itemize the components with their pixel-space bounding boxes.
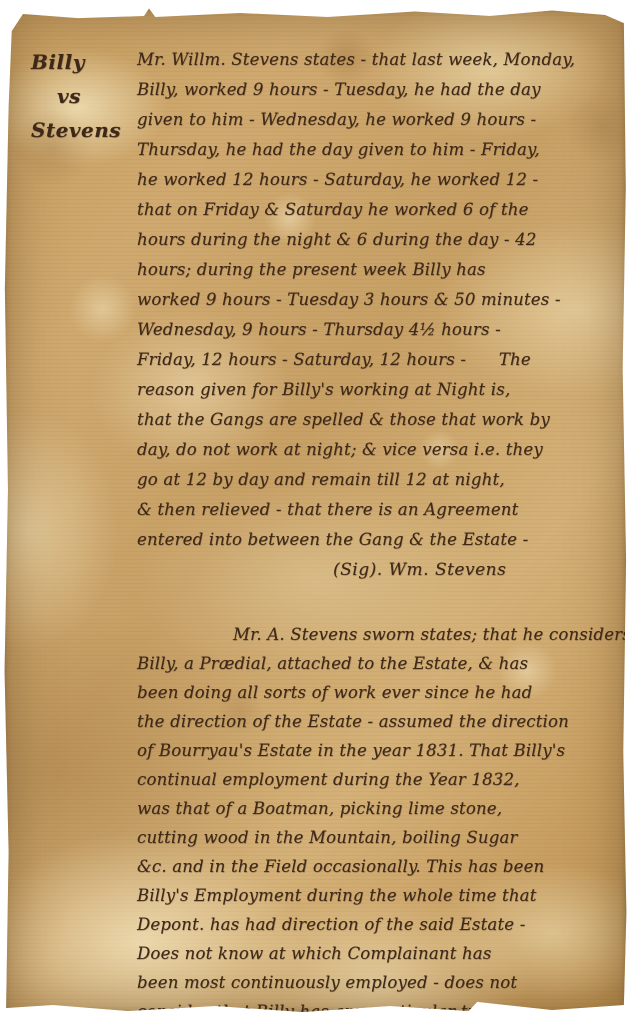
manuscript-line: been most continuously employed - does n… [137, 968, 629, 997]
manuscript-line: Depont. has had direction of the said Es… [137, 910, 629, 939]
manuscript-line: go at 12 by day and remain till 12 at ni… [137, 465, 629, 495]
manuscript-line: Billy, a Prædial, attached to the Estate… [137, 649, 629, 678]
manuscript-line: given to him - Wednesday, he worked 9 ho… [137, 105, 629, 135]
manuscript-line: been doing all sorts of work ever since … [137, 678, 629, 707]
manuscript-line: & then relieved - that there is an Agree… [137, 495, 629, 525]
manuscript-line: day, do not work at night; & vice versa … [137, 435, 629, 465]
manuscript-line: Mr. A. Stevens sworn states; that he con… [137, 620, 629, 649]
manuscript-line: he worked 12 hours - Saturday, he worked… [137, 165, 629, 195]
manuscript-line: hours; during the present week Billy has [137, 255, 629, 285]
manuscript-line: Mr. Willm. Stevens states - that last we… [137, 45, 629, 75]
manuscript-line: Does not know at which Complainant has [137, 939, 629, 968]
manuscript-line: consider that Billy has any particular t… [137, 997, 629, 1024]
manuscript-line: Friday, 12 hours - Saturday, 12 hours - … [137, 345, 629, 375]
case-party-two: Stevens [31, 113, 131, 147]
manuscript-line: Billy's Employment during the whole time… [137, 881, 629, 910]
case-versus: vs [31, 79, 131, 113]
manuscript-line: of Bourryau's Estate in the year 1831. T… [137, 736, 629, 765]
manuscript-line: entered into between the Gang & the Esta… [137, 525, 629, 555]
manuscript-line: reason given for Billy's working at Nigh… [137, 375, 629, 405]
manuscript-line: hours during the night & 6 during the da… [137, 225, 629, 255]
manuscript-line: Billy, worked 9 hours - Tuesday, he had … [137, 75, 629, 105]
manuscript-line: that the Gangs are spelled & those that … [137, 405, 629, 435]
manuscript-paper-sheet: Billy vs Stevens Mr. Willm. Stevens stat… [3, 7, 627, 1013]
deposition-william-stevens: Mr. Willm. Stevens states - that last we… [137, 45, 629, 585]
manuscript-line: cutting wood in the Mountain, boiling Su… [137, 823, 629, 852]
manuscript-line: was that of a Boatman, picking lime ston… [137, 794, 629, 823]
manuscript-line: the direction of the Estate - assumed th… [137, 707, 629, 736]
manuscript-line: &c. and in the Field occasionally. This … [137, 852, 629, 881]
manuscript-line: that on Friday & Saturday he worked 6 of… [137, 195, 629, 225]
deposition-a-stevens: Mr. A. Stevens sworn states; that he con… [137, 620, 629, 1024]
case-party-one: Billy [31, 50, 85, 74]
photographed-manuscript: Billy vs Stevens Mr. Willm. Stevens stat… [0, 0, 638, 1024]
manuscript-line: Wednesday, 9 hours - Thursday 4½ hours - [137, 315, 629, 345]
deposition-text-block: Mr. Willm. Stevens states - that last we… [137, 45, 629, 1024]
manuscript-line: Thursday, he had the day given to him - … [137, 135, 629, 165]
manuscript-line: worked 9 hours - Tuesday 3 hours & 50 mi… [137, 285, 629, 315]
signature-wm-stevens: (Sig). Wm. Stevens [137, 555, 629, 585]
manuscript-line: continual employment during the Year 183… [137, 765, 629, 794]
case-title-margin-label: Billy vs Stevens [31, 45, 131, 147]
